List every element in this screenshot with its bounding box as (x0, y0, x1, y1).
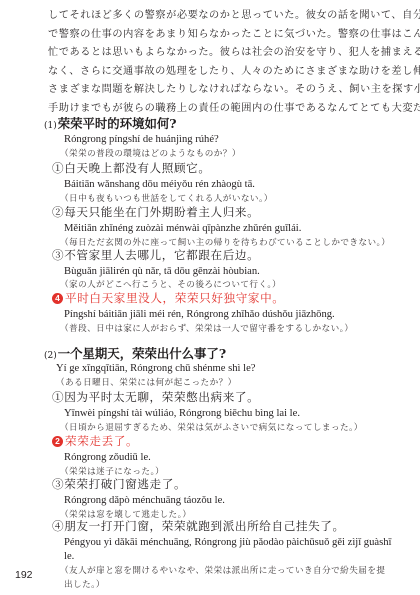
paragraph-line: なく、さらに交通事故の処理をしたり、人々のためにさまざまな助けを差し伸べたり、 (48, 63, 374, 82)
q2-option-2-correct: 2荣荣走丢了。 (52, 433, 138, 449)
paragraph-line: 忙であるとは思いもよらなかった。彼らは社会の治安を守り、犯人を捕まえるだけで (48, 44, 374, 63)
q1-option-2: ②每天只能坐在门外期盼着主人归来。 (52, 204, 259, 220)
q1-option-1-pinyin: Báitiān wǎnshang dōu méiyǒu rén zhàogù t… (64, 178, 255, 192)
q2-option-4-pinyin-line-2: le. (64, 550, 74, 564)
q2-option-4-pinyin-line-1: Péngyou yì dǎkāi ménchuāng, Róngrong jiù… (64, 536, 391, 550)
option-text: 平时白天家里没人，荣荣只好独守家中。 (65, 291, 285, 305)
question-1-heading: (1)荣荣平时的环境如何? (44, 115, 177, 135)
q2-option-4-translation-line-2: 出した。） (64, 578, 105, 592)
option-text: 荣荣走丢了。 (65, 434, 138, 448)
q2-option-3: ③荣荣打破门窗逃走了。 (52, 476, 186, 492)
q2-option-4-translation-line-1: （友人が扉と窓を開けるやいなや、栄栄は派出所に走っていき自分で紛失届を提 (60, 564, 385, 578)
option-text: 不管家里人去哪儿，它都跟在后边。 (64, 248, 259, 262)
option-marker: ① (52, 161, 64, 175)
option-text: 因为平时太无聊，荣荣憋出病来了。 (64, 390, 259, 404)
q1-option-4-translation: （普段、日中は家に人がおらず、栄栄は一人で留守番をするしかない。） (60, 322, 353, 336)
question-2-pinyin: Yí ge xīngqītiān, Róngrong chū shénme sh… (56, 362, 255, 376)
q2-option-2-pinyin: Róngrong zǒudiū le. (64, 451, 151, 465)
paragraph-line: で警察の仕事の内容をあまり知らなかったことに気づいた。警察の仕事はこんなに多 (48, 26, 374, 45)
q1-option-4-pinyin: Píngshí báitiān jiāli méi rén, Róngrong … (64, 308, 335, 322)
question-number: (1) (44, 121, 57, 131)
correct-answer-badge: 4 (52, 293, 63, 304)
question-2-translation: （ある日曜日、栄栄には何が起こったか？） (56, 376, 237, 390)
option-text: 每天只能坐在门外期盼着主人归来。 (64, 205, 259, 219)
q1-option-3: ③不管家里人去哪儿，它都跟在后边。 (52, 247, 259, 263)
option-marker: ② (52, 205, 64, 219)
option-marker: ③ (52, 477, 64, 491)
question-number: (2) (44, 351, 57, 361)
option-text: 荣荣打破门窗逃走了。 (64, 477, 186, 491)
q2-option-1-pinyin: Yīnwèi píngshí tài wúliáo, Róngrong biēc… (64, 407, 300, 421)
q2-option-3-pinyin: Róngrong dǎpò ménchuāng táozǒu le. (64, 494, 225, 508)
option-marker: ① (52, 390, 64, 404)
q2-option-4: ④朋友一打开门窗，荣荣就跑到派出所给自己挂失了。 (52, 518, 345, 534)
option-marker: ③ (52, 248, 64, 262)
paragraph-line: さまざまな問題を解決したりしなければならない。そのうえ、飼い主を探す小動物の (48, 81, 374, 100)
q1-option-2-pinyin: Měitiān zhǐnéng zuòzài ménwài qīpànzhe z… (64, 222, 301, 236)
option-text: 白天晚上都没有人照顾它。 (64, 161, 210, 175)
q1-option-1: ①白天晚上都没有人照顾它。 (52, 160, 211, 176)
question-text: 荣荣平时的环境如何? (58, 116, 177, 131)
q1-option-4-correct: 4平时白天家里没人，荣荣只好独守家中。 (52, 290, 285, 306)
question-text: 一个星期天，荣荣出什么事了? (58, 346, 226, 361)
option-text: 朋友一打开门窗，荣荣就跑到派出所给自己挂失了。 (64, 519, 344, 533)
book-page: してそれほど多くの警察が必要なのかと思っていた。彼女の話を聞いて、自分が今ま で… (0, 0, 420, 595)
correct-answer-badge: 2 (52, 436, 63, 447)
page-number: 192 (15, 569, 33, 581)
paragraph-line: してそれほど多くの警察が必要なのかと思っていた。彼女の話を聞いて、自分が今ま (48, 7, 374, 26)
q2-option-1: ①因为平时太无聊，荣荣憋出病来了。 (52, 389, 259, 405)
question-1-pinyin: Róngrong píngshí de huánjìng rúhé? (64, 133, 219, 147)
option-marker: ④ (52, 519, 64, 533)
q1-option-3-pinyin: Bùguǎn jiālirén qù nǎr, tā dōu gēnzài hò… (64, 265, 260, 279)
question-1-translation: （栄栄の普段の環境はどのようなものか？） (60, 147, 241, 161)
intro-paragraph: してそれほど多くの警察が必要なのかと思っていた。彼女の話を聞いて、自分が今ま で… (48, 7, 374, 119)
